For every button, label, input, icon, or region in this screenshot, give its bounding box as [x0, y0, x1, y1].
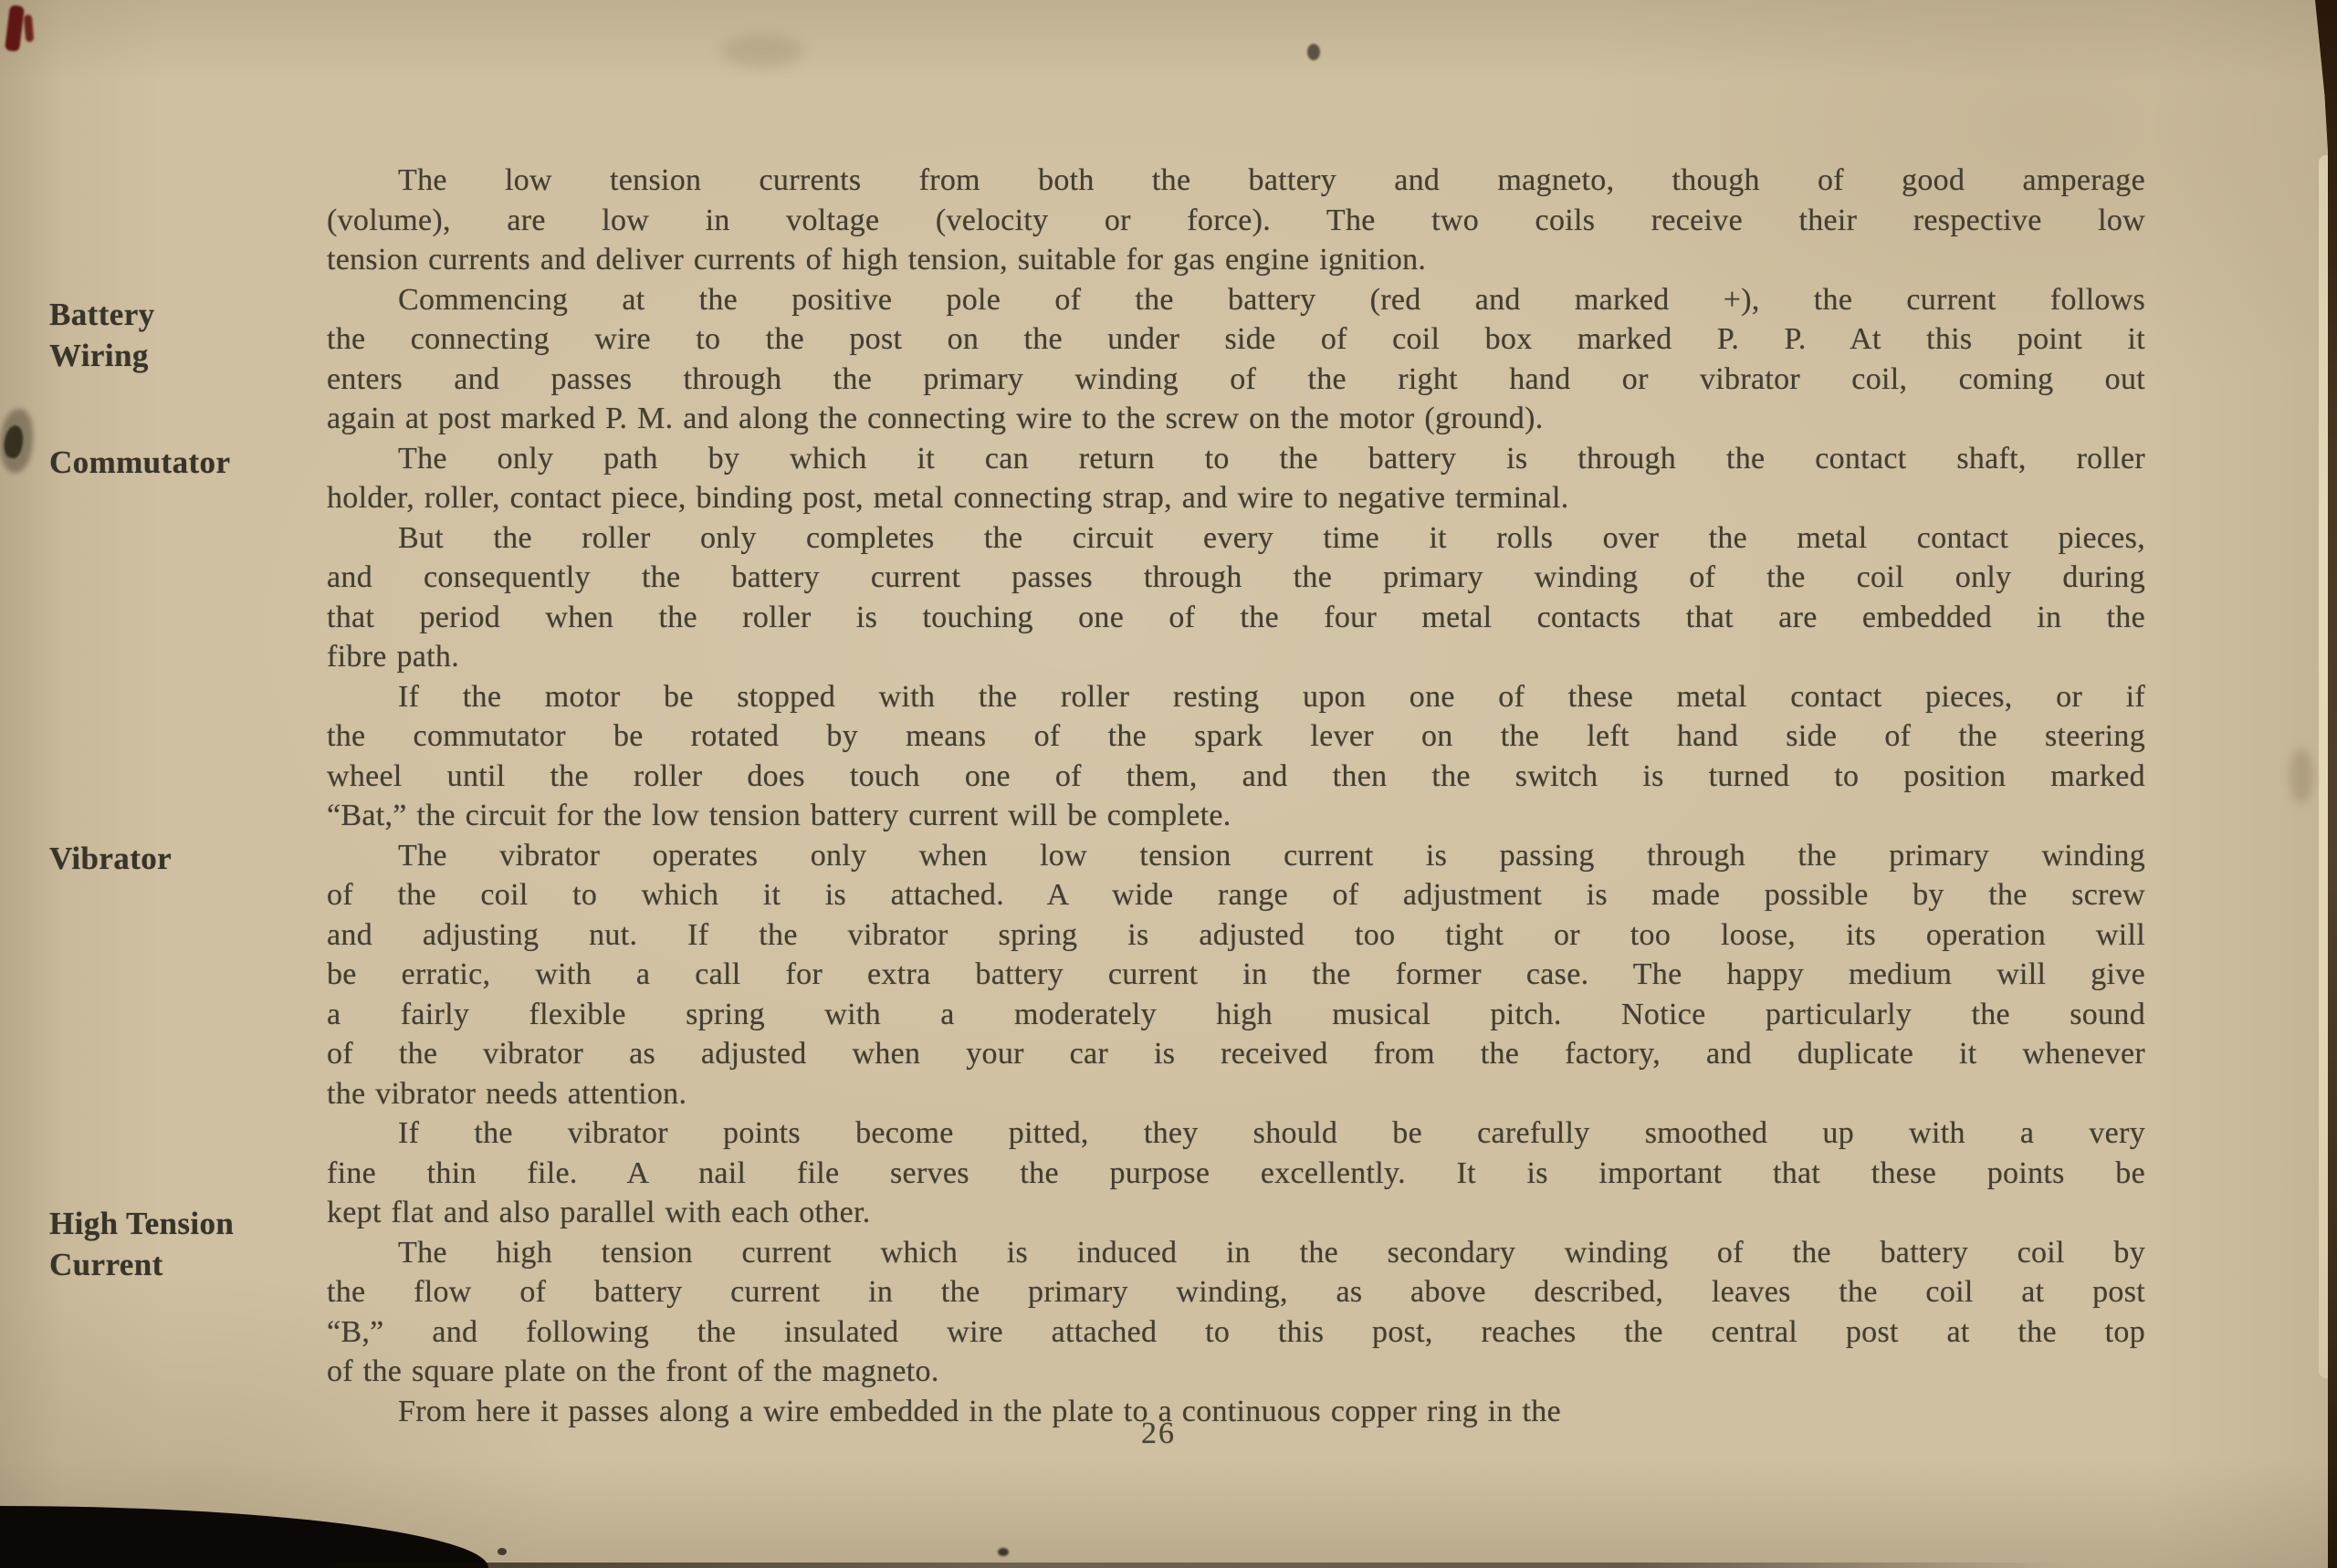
text-line: that period when the roller is touching …	[327, 598, 2145, 638]
text-line: the flow of battery current in the prima…	[327, 1272, 2145, 1312]
text-line: Commencing at the positive pole of the b…	[327, 280, 2145, 320]
text-line: holder, roller, contact piece, binding p…	[327, 478, 2145, 518]
bottom-edge-shadow	[329, 1563, 2063, 1568]
text-line: “B,” and following the insulated wire at…	[327, 1312, 2145, 1353]
binding-mark	[24, 15, 35, 43]
text-line: tension currents and deliver currents of…	[327, 240, 2145, 280]
text-line: the commutator be rotated by means of th…	[327, 716, 2145, 757]
text-line: fine thin file. A nail file serves the p…	[327, 1154, 2145, 1194]
body-text: The low tension currents from both the b…	[327, 161, 2145, 1431]
scanned-book-page: Battery Wiring Commutator Vibrator High …	[0, 0, 2337, 1568]
text-line: and adjusting nut. If the vibrator sprin…	[327, 915, 2145, 956]
paper-speck	[1307, 44, 1320, 60]
margin-heading-vibrator: Vibrator	[49, 838, 172, 879]
margin-heading-commutator: Commutator	[49, 442, 230, 483]
paper-speck	[998, 1548, 1009, 1556]
paper-stain	[2290, 748, 2313, 803]
text-line: The only path by which it can return to …	[327, 439, 2145, 479]
text-line: If the motor be stopped with the roller …	[327, 677, 2145, 717]
text-line: of the square plate on the front of the …	[327, 1352, 2145, 1392]
paper-speck	[498, 1548, 507, 1555]
text-line: “Bat,” the circuit for the low tension b…	[327, 796, 2145, 836]
binding-mark	[5, 5, 25, 52]
text-line: of the vibrator as adjusted when your ca…	[327, 1034, 2145, 1074]
page-number: 26	[1141, 1416, 1176, 1451]
text-line: be erratic, with a call for extra batter…	[327, 955, 2145, 995]
text-line: fibre path.	[327, 637, 2145, 677]
text-line: (volume), are low in voltage (velocity o…	[327, 201, 2145, 241]
text-line: the vibrator needs attention.	[327, 1074, 2145, 1114]
text-line: the connecting wire to the post on the u…	[327, 319, 2145, 360]
text-line: kept flat and also parallel with each ot…	[327, 1193, 2145, 1233]
text-line: The low tension currents from both the b…	[327, 161, 2145, 201]
text-line: wheel until the roller does touch one of…	[327, 757, 2145, 797]
text-line: But the roller only completes the circui…	[327, 518, 2145, 559]
page-curl-shadow	[0, 1506, 488, 1568]
text-line: again at post marked P. M. and along the…	[327, 399, 2145, 439]
text-line: The vibrator operates only when low tens…	[327, 836, 2145, 876]
text-line: a fairly flexible spring with a moderate…	[327, 995, 2145, 1035]
text-line: The high tension current which is induce…	[327, 1233, 2145, 1273]
text-line: and consequently the battery current pas…	[327, 558, 2145, 598]
text-line: of the coil to which it is attached. A w…	[327, 875, 2145, 915]
text-line: If the vibrator points become pitted, th…	[327, 1113, 2145, 1154]
text-line: enters and passes through the primary wi…	[327, 360, 2145, 400]
margin-heading-high-tension-current: High Tension Current	[49, 1203, 234, 1285]
text-line: From here it passes along a wire embedde…	[327, 1392, 2145, 1432]
margin-heading-battery-wiring: Battery Wiring	[49, 294, 155, 376]
paper-stain	[721, 35, 803, 68]
